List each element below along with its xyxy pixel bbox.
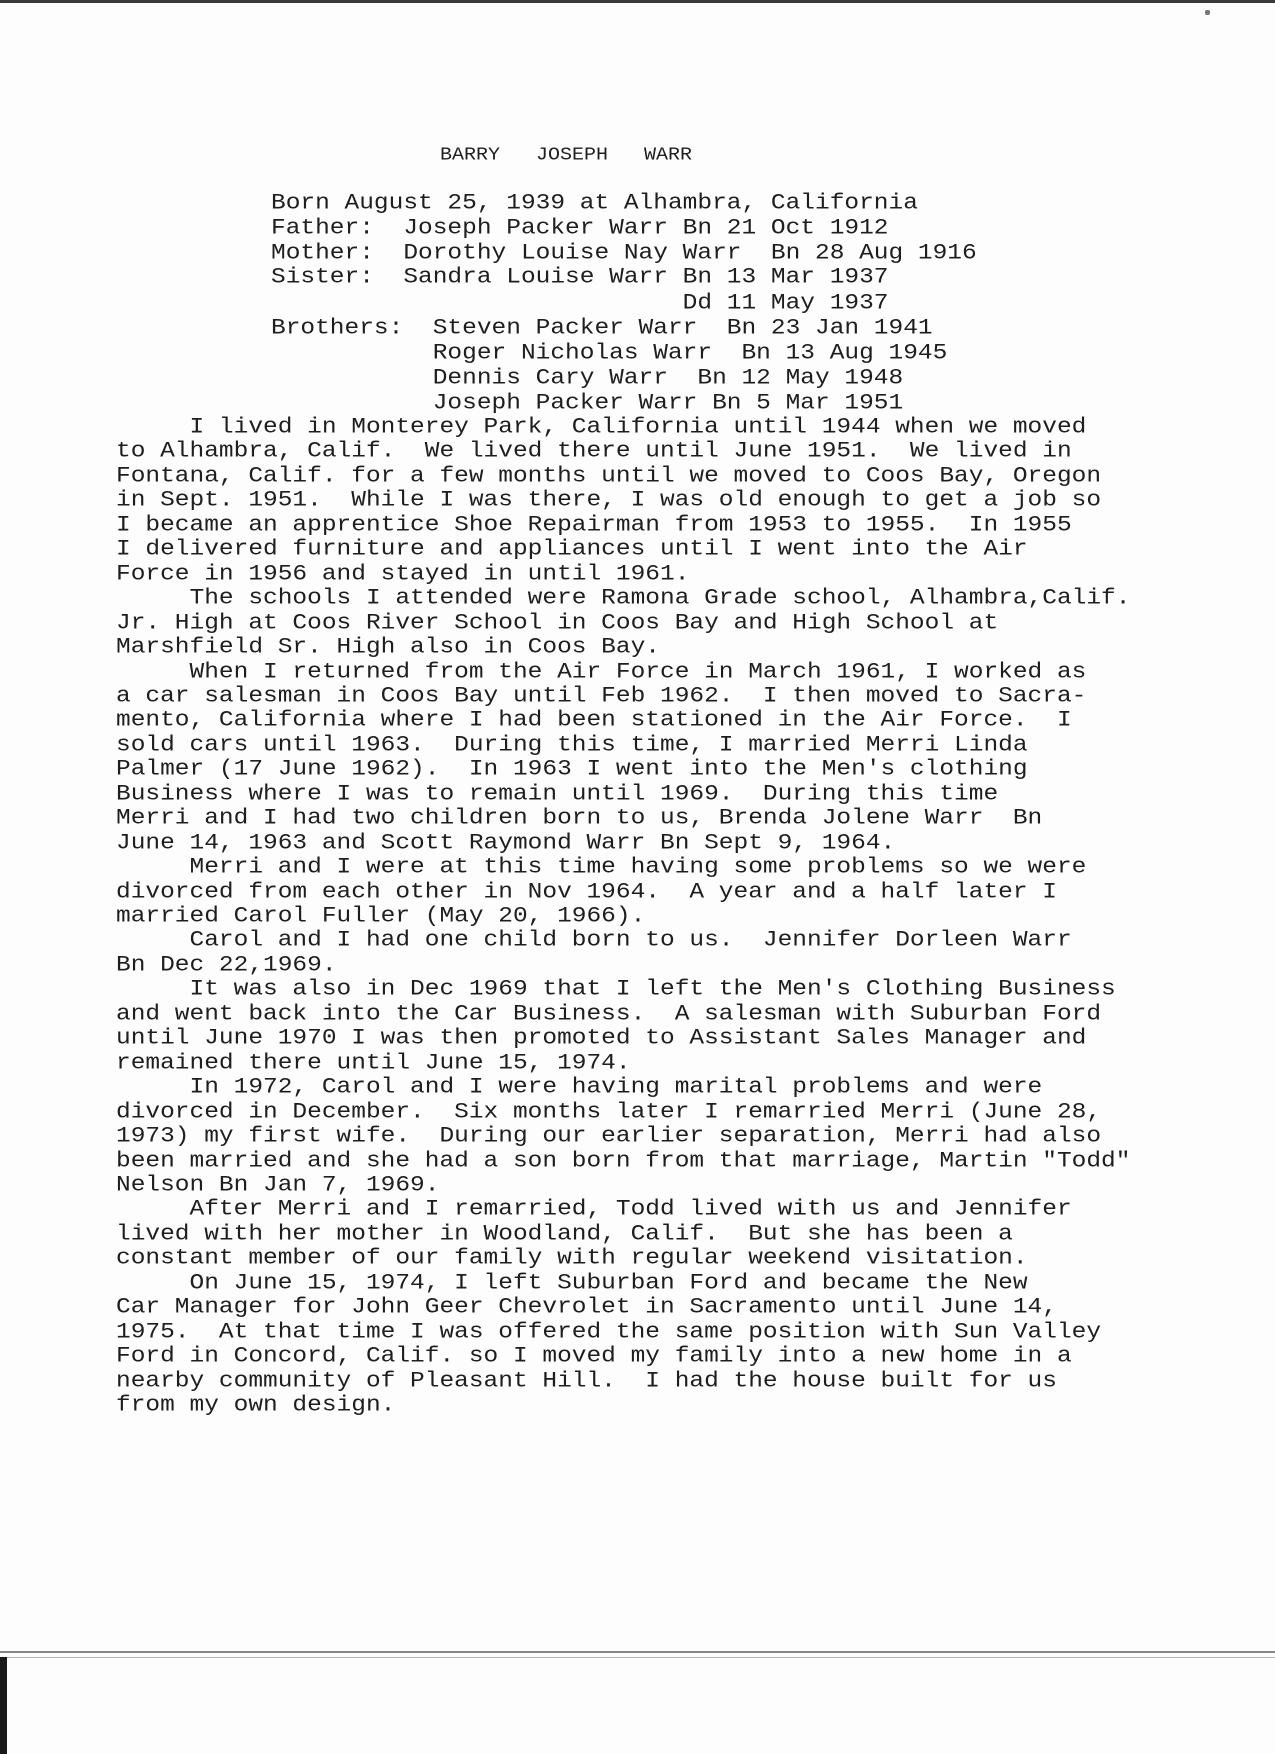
body-line: 1975. At that time I was offered the sam… — [116, 1321, 1101, 1345]
body-line: married Carol Fuller (May 20, 1966). — [116, 905, 645, 929]
header-line: Sister: Sandra Louise Warr Bn 13 Mar 193… — [271, 266, 889, 290]
body-line: until June 1970 I was then promoted to A… — [116, 1027, 1086, 1051]
document-title: BARRY JOSEPH WARR — [440, 144, 692, 168]
body-line: When I returned from the Air Force in Ma… — [116, 661, 1086, 685]
body-line: mento, California where I had been stati… — [116, 709, 1072, 733]
scan-left-edge — [0, 1657, 7, 1754]
page-bottom-edge — [0, 1651, 1275, 1653]
header-line: Brothers: Steven Packer Warr Bn 23 Jan 1… — [271, 317, 933, 341]
body-line: Marshfield Sr. High also in Coos Bay. — [116, 636, 660, 660]
body-line: 1973) my first wife. During our earlier … — [116, 1125, 1101, 1149]
body-line: I lived in Monterey Park, California unt… — [116, 416, 1086, 440]
document-page: BARRY JOSEPH WARR Born August 25, 1939 a… — [0, 0, 1275, 1754]
body-line: in Sept. 1951. While I was there, I was … — [116, 489, 1101, 513]
body-line: lived with her mother in Woodland, Calif… — [116, 1223, 1013, 1247]
body-line: In 1972, Carol and I were having marital… — [116, 1076, 1042, 1100]
body-line: Force in 1956 and stayed in until 1961. — [116, 563, 689, 587]
body-line: been married and she had a son born from… — [116, 1150, 1130, 1174]
body-line: Merri and I were at this time having som… — [116, 856, 1086, 880]
body-line: remained there until June 15, 1974. — [116, 1052, 631, 1076]
body-line: June 14, 1963 and Scott Raymond Warr Bn … — [116, 832, 895, 856]
header-line: Joseph Packer Warr Bn 5 Mar 1951 — [271, 392, 903, 416]
header-line: Born August 25, 1939 at Alhambra, Califo… — [271, 192, 918, 216]
body-line: from my own design. — [116, 1394, 395, 1418]
body-line: Palmer (17 June 1962). In 1963 I went in… — [116, 758, 1028, 782]
body-line: constant member of our family with regul… — [116, 1247, 1028, 1271]
body-line: a car salesman in Coos Bay until Feb 196… — [116, 685, 1086, 709]
header-line: Roger Nicholas Warr Bn 13 Aug 1945 — [271, 342, 947, 366]
body-line: Nelson Bn Jan 7, 1969. — [116, 1174, 439, 1198]
body-line: Carol and I had one child born to us. Je… — [116, 929, 1072, 953]
body-line: Merri and I had two children born to us,… — [116, 807, 1042, 831]
page-bottom-edge-shadow — [0, 1657, 1275, 1658]
body-line: to Alhambra, Calif. We lived there until… — [116, 440, 1072, 464]
header-line: Dennis Cary Warr Bn 12 May 1948 — [271, 367, 903, 391]
scan-speck — [1205, 10, 1210, 15]
body-line: Bn Dec 22,1969. — [116, 954, 337, 978]
scan-top-edge — [0, 0, 1275, 3]
body-line: I delivered furniture and appliances unt… — [116, 538, 1028, 562]
body-line: divorced in December. Six months later I… — [116, 1101, 1101, 1125]
header-line: Mother: Dorothy Louise Nay Warr Bn 28 Au… — [271, 242, 977, 266]
body-line: and went back into the Car Business. A s… — [116, 1003, 1101, 1027]
body-line: Jr. High at Coos River School in Coos Ba… — [116, 612, 998, 636]
body-line: The schools I attended were Ramona Grade… — [116, 587, 1130, 611]
body-line: Business where I was to remain until 196… — [116, 783, 998, 807]
body-line: After Merri and I remarried, Todd lived … — [116, 1198, 1072, 1222]
body-line: It was also in Dec 1969 that I left the … — [116, 978, 1116, 1002]
body-line: Ford in Concord, Calif. so I moved my fa… — [116, 1345, 1072, 1369]
body-line: Fontana, Calif. for a few months until w… — [116, 465, 1101, 489]
header-line: Dd 11 May 1937 — [271, 292, 889, 316]
header-line: Father: Joseph Packer Warr Bn 21 Oct 191… — [271, 217, 889, 241]
body-line: nearby community of Pleasant Hill. I had… — [116, 1370, 1057, 1394]
body-line: divorced from each other in Nov 1964. A … — [116, 881, 1057, 905]
body-line: I became an apprentice Shoe Repairman fr… — [116, 514, 1072, 538]
body-line: On June 15, 1974, I left Suburban Ford a… — [116, 1272, 1028, 1296]
body-line: Car Manager for John Geer Chevrolet in S… — [116, 1296, 1057, 1320]
body-line: sold cars until 1963. During this time, … — [116, 734, 1028, 758]
